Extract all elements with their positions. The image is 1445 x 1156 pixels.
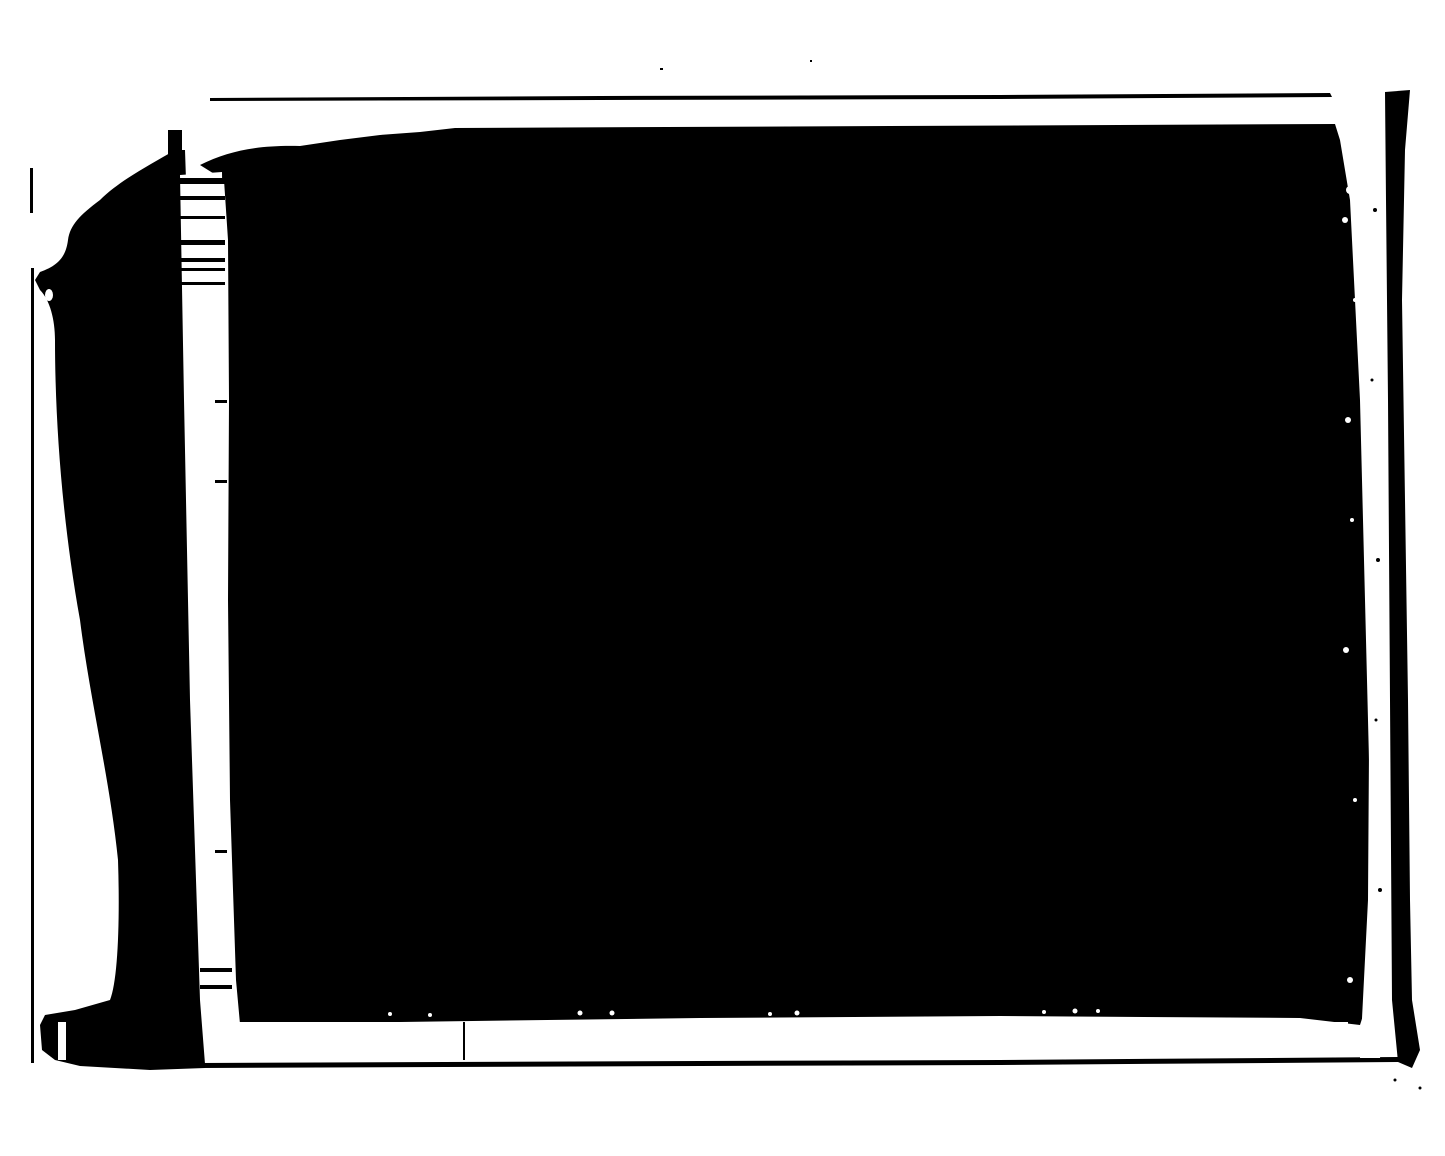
stray-mark-top-1 (660, 68, 663, 70)
left-thin-line (30, 168, 33, 213)
bottom-border-tick (463, 1022, 465, 1060)
main-image-area (200, 124, 1370, 1025)
stray-mark-top-2 (810, 60, 812, 62)
left-thin-line-lower (31, 268, 34, 1063)
left-emulsion-strip (168, 130, 182, 1060)
grunge-frame-artwork (0, 0, 1445, 1156)
flap-hole (45, 289, 53, 301)
flap-notch (58, 1022, 66, 1060)
bottom-border (238, 1022, 1348, 1060)
